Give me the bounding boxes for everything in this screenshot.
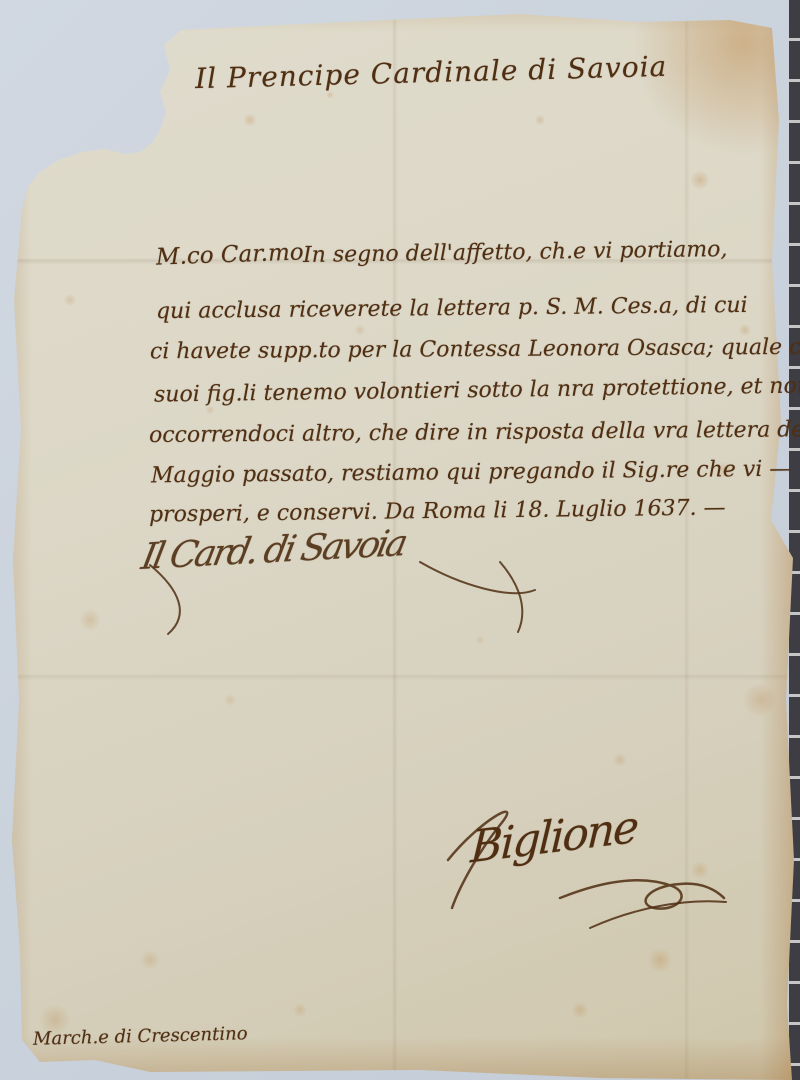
salutation: M.co Car.mo	[156, 239, 304, 270]
countersignature-paraph	[440, 790, 730, 930]
photo-of-letter: Il Prencipe Cardinale di Savoia M.co Car…	[0, 0, 800, 1080]
body-line: ci havete supp.to per la Contessa Leonor…	[150, 335, 800, 365]
autograph-flourish	[120, 560, 540, 640]
